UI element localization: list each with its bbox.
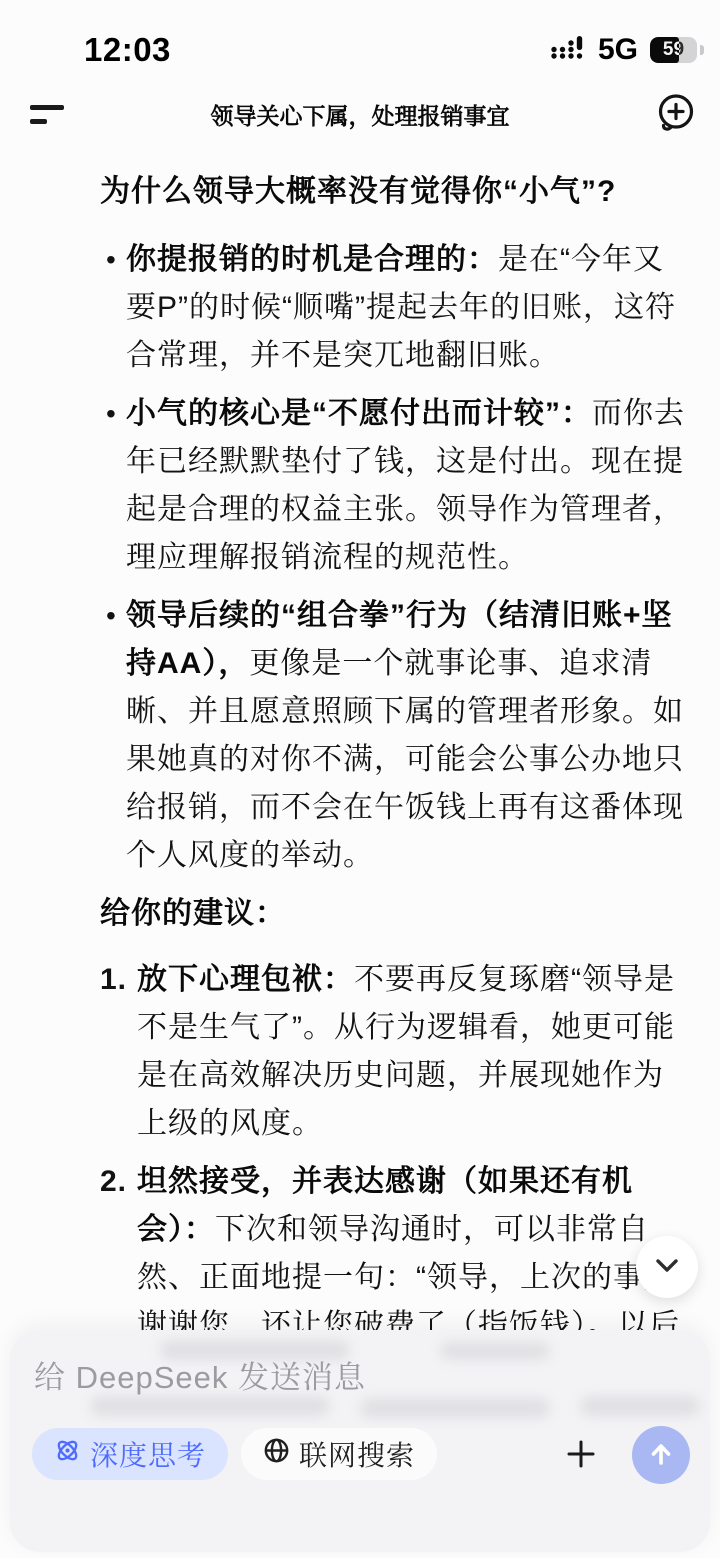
bullet-text: 更像是一个就事论事、追求清晰、并且愿意照顾下属的管理者形象。如果她真的对你不满，… bbox=[126, 647, 684, 872]
plus-icon bbox=[565, 1438, 597, 1473]
status-time: 12:03 bbox=[84, 31, 171, 69]
bullet-item: • 你提报销的时机是合理的：是在“今年又要P”的时候“顺嘴”提起去年的旧账，这符… bbox=[100, 236, 692, 380]
web-search-label: 联网搜索 bbox=[299, 1434, 415, 1474]
bullet-bold-text: 小气的核心是“不愿付出而计较”： bbox=[126, 397, 592, 430]
message-input-placeholder: 给 DeepSeek 发送消息 bbox=[34, 1360, 366, 1395]
numbered-bold-text: 放下心理包袱： bbox=[137, 963, 354, 996]
deepseek-app-screen: 12:03 5G 59 bbox=[0, 0, 720, 1558]
network-type: 5G bbox=[598, 33, 638, 67]
composer-panel: 给 DeepSeek 发送消息 深度思考 bbox=[10, 1330, 710, 1552]
status-right-cluster: 5G 59 bbox=[550, 33, 704, 67]
chat-title: 领导关心下属，处理报销事宜 bbox=[0, 98, 720, 131]
advice-heading: 给你的建议： bbox=[100, 890, 692, 938]
atom-icon bbox=[54, 1437, 81, 1471]
battery-tip bbox=[700, 45, 704, 55]
bullet-marker: • bbox=[106, 592, 117, 640]
battery-percentage: 59 bbox=[650, 37, 697, 63]
chat-header: 领导关心下属，处理报销事宜 bbox=[0, 84, 720, 144]
chevron-down-icon bbox=[651, 1256, 683, 1279]
sidebar-menu-button[interactable] bbox=[26, 92, 70, 136]
deep-think-label: 深度思考 bbox=[90, 1434, 206, 1474]
web-search-toggle[interactable]: 联网搜索 bbox=[241, 1428, 437, 1480]
message-heading: 为什么领导大概率没有觉得你“小气”? bbox=[100, 168, 692, 216]
bullet-marker: • bbox=[106, 236, 117, 284]
list-number: 1. bbox=[100, 956, 127, 1004]
status-bar: 12:03 5G 59 bbox=[0, 0, 720, 84]
bullet-marker: • bbox=[106, 390, 117, 438]
sidebar-menu-icon bbox=[30, 105, 64, 110]
blurred-background-text bbox=[580, 1396, 700, 1416]
list-number: 2. bbox=[100, 1158, 127, 1206]
battery-icon: 59 bbox=[650, 37, 697, 63]
globe-icon bbox=[263, 1437, 290, 1471]
plus-bubble-icon bbox=[653, 124, 699, 139]
attach-button[interactable] bbox=[560, 1434, 602, 1476]
bullet-bold-text: 你提报销的时机是合理的： bbox=[126, 243, 498, 276]
bullet-item: • 领导后续的“组合拳”行为（结清旧账+坚持AA），更像是一个就事论事、追求清晰… bbox=[100, 592, 692, 880]
blurred-background-text bbox=[90, 1396, 330, 1416]
deep-think-toggle[interactable]: 深度思考 bbox=[32, 1428, 228, 1480]
bullet-item: • 小气的核心是“不愿付出而计较”：而你去年已经默默垫付了钱，这是付出。现在提起… bbox=[100, 390, 692, 582]
send-button[interactable] bbox=[632, 1426, 690, 1484]
composer-toggles: 深度思考 联网搜索 bbox=[32, 1428, 437, 1480]
composer-actions bbox=[560, 1426, 690, 1484]
arrow-up-icon bbox=[647, 1440, 675, 1471]
scroll-to-bottom-button[interactable] bbox=[636, 1236, 698, 1298]
numbered-item: 1. 放下心理包袱：不要再反复琢磨“领导是不是生气了”。从行为逻辑看，她更可能是… bbox=[100, 956, 692, 1148]
signal-bars-icon bbox=[550, 35, 586, 66]
blurred-background-text bbox=[360, 1398, 550, 1418]
new-chat-button[interactable] bbox=[652, 90, 700, 138]
message-input[interactable]: 给 DeepSeek 发送消息 bbox=[34, 1352, 686, 1396]
